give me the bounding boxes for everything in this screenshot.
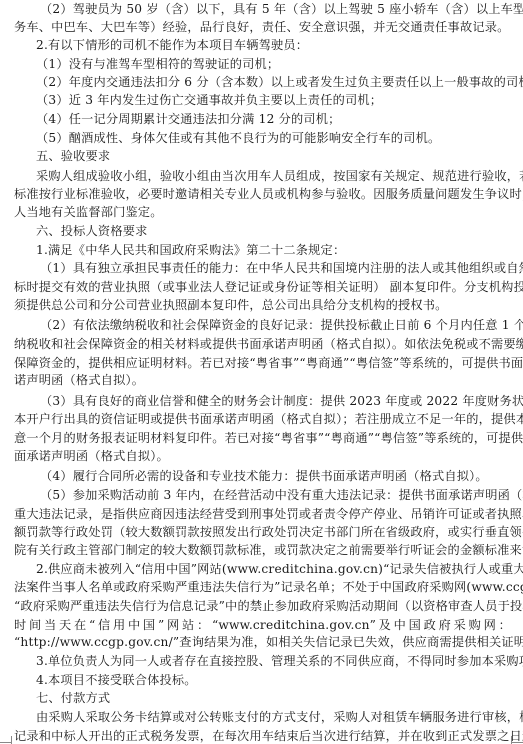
section-heading: 七、付款方式 (36, 689, 511, 707)
paragraph-line: （2）有依法缴纳税收和社会保障资金的良好记录：提供投标截止日前 6 个月内任意 … (40, 316, 511, 334)
paragraph-line: （2）驾驶员为 50 岁（含）以下，具有 5 年（含）以上驾驶 5 座小轿车（含… (40, 0, 511, 18)
paragraph-line: 标时提交有效的营业执照（或事业法人登记证或身份证等相关证明） 副本复印件。分支机… (14, 278, 511, 296)
paragraph-line: 人当地有关监督部门鉴定。 (14, 203, 511, 221)
paragraph-line: “政府采购严重违法失信行为信息记录”中的禁止参加政府采购活动期间（以资格审查人员… (14, 597, 511, 615)
paragraph-line: 3.单位负责人为同一人或者存在直接控股、管理关系的不同供应商，不得同时参加本采购… (36, 652, 511, 670)
paragraph-line: 本开户行出具的资信证明或提供书面承诺声明函（格式自拟）；若注册成立不足一年的，提… (14, 410, 511, 428)
paragraph-line: 保障资金的，提供相应证明材料。若已对接“粤省事”“粤商通”“粤信签”等系统的，可… (14, 354, 511, 372)
paragraph-line: （4）履行合同所必需的设备和专业技术能力：提供书面承诺声明函（格式自拟）。 (40, 467, 511, 485)
paragraph-line: 标准按行业标准验收，必要时邀请相关专业人员或机构参与验收。因服务质量问题发生争议… (14, 185, 511, 203)
paragraph-line: 采购人组成验收小组，验收小组由当次用车人员组成，按国家有关规定、规范进行验收，若… (36, 167, 511, 185)
paragraph-line: （3）近 3 年内发生过伤亡交通事故并负主要以上责任的司机； (36, 91, 511, 109)
crop-mark (511, 736, 512, 744)
paragraph-line: 4.本项目不接受联合体投标。 (36, 671, 511, 689)
paragraph-line: 诺声明函（格式自拟）。 (14, 371, 511, 389)
paragraph-line: 重大违法记录，是指供应商因违法经营受到刑事处罚或者责令停产停业、吊销许可证或者执… (14, 505, 511, 523)
paragraph-line: （3）具有良好的商业信誉和健全的财务会计制度：提供 2023 年度或 2022 … (40, 392, 511, 410)
paragraph-line: 纳税收和社会保障资金的相关材料或提供书面承诺声明函（格式自拟）。如依法免税或不需… (14, 335, 511, 353)
paragraph-line: （5）参加采购活动前 3 年内，在经营活动中没有重大违法记录：提供书面承诺声明函… (40, 486, 511, 504)
paragraph-line: 院有关行政主管部门制定的较大数额罚款标准，或罚款决定之前需要举行听证会的金额标准… (14, 541, 511, 559)
paragraph-line: 由采购人采取公务卡结算或对公转账支付的方式支付，采购人对租赁车辆服务进行审核，根… (36, 708, 511, 726)
document-page: （2）驾驶员为 50 岁（含）以下，具有 5 年（含）以上驾驶 5 座小轿车（含… (0, 0, 523, 744)
paragraph-line: 务车、中巴车、大巴车等）经验，品行良好，责任、安全意识强，并无交通责任事故记录。 (14, 18, 511, 36)
paragraph-line: 记录和中标人开出的正式税务发票，在每次用车结束后当次进行结算，并在收到正式发票之… (14, 727, 511, 744)
paragraph-line: 时间当天在“信用中国”网站：“www.creditchina.gov.cn”及中… (14, 616, 511, 634)
paragraph-line: 额罚款等行政处罚（较大数额罚款按照发出行政处罚决定书部门所在省级政府，或实行垂直… (14, 523, 511, 541)
paragraph-line: “http://www.ccgp.gov.cn/”查询结果为准，如相关失信记录已… (14, 633, 511, 651)
crop-mark (511, 742, 523, 743)
paragraph-line: （1）没有与准驾车型相符的驾驶证的司机； (36, 55, 511, 73)
paragraph-line: 2.供应商未被列入“信用中国”网站(www.creditchina.gov.cn… (36, 560, 511, 578)
paragraph-line: 1.满足《中华人民共和国政府采购法》第二十二条规定： (36, 241, 511, 259)
section-heading: 六、投标人资格要求 (36, 222, 511, 240)
crop-mark (11, 736, 12, 744)
paragraph-line: 面承诺声明函（格式自拟）。 (14, 447, 511, 465)
paragraph-line: （1）具有独立承担民事责任的能力：在中华人民共和国境内注册的法人或其他组织或自然… (40, 259, 511, 277)
paragraph-line: （5）酗酒成性、身体欠佳或有其他不良行为的可能影响安全行车的司机。 (36, 129, 511, 147)
paragraph-line: 2.有以下情形的司机不能作为本项目车辆驾驶员： (36, 36, 511, 54)
paragraph-line: （4）任一记分周期累计交通违法扣分满 12 分的司机； (36, 110, 511, 128)
section-heading: 五、验收要求 (36, 147, 511, 165)
paragraph-line: 意一个月的财务报表证明材料复印件。若已对接“粤省事”“粤商通”“粤信签”等系统的… (14, 429, 511, 447)
paragraph-line: （2）年度内交通违法扣分 6 分（含本数）以上或者发生过负主要责任以上一般事故的… (36, 73, 511, 91)
paragraph-line: 法案件当事人名单或政府采购严重违法失信行为”记录名单；不处于中国政府采购网(ww… (14, 578, 511, 596)
paragraph-line: 须提供总公司和分公司营业执照副本复印件，总公司出具给分支机构的授权书。 (14, 296, 511, 314)
